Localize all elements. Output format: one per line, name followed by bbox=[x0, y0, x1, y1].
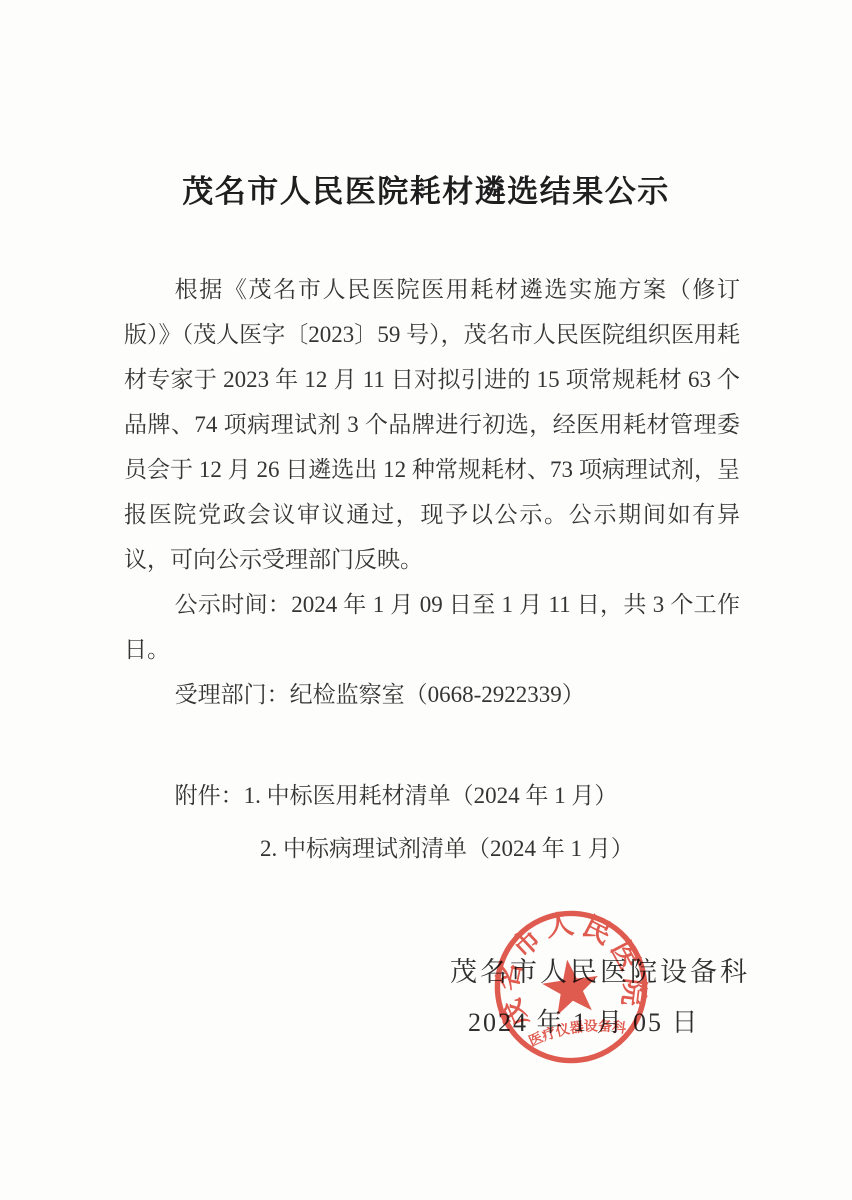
attachments-block: 附件：1. 中标医用耗材清单（2024 年 1 月） 2. 中标病理试剂清单（2… bbox=[124, 769, 740, 875]
signature-date: 2024 年 1 月 05 日 bbox=[468, 1002, 700, 1039]
attachment-item-1: 附件：1. 中标医用耗材清单（2024 年 1 月） bbox=[124, 769, 740, 822]
paragraph-intro: 根据《茂名市人民医院医用耗材遴选实施方案（修订版）》（茂人医字〔2023〕59 … bbox=[124, 267, 740, 582]
document-page: 茂名市人民医院耗材遴选结果公示 根据《茂名市人民医院医用耗材遴选实施方案（修订版… bbox=[0, 0, 852, 1200]
paragraph-public-period: 公示时间：2024 年 1 月 09 日至 1 月 11 日，共 3 个工作日。 bbox=[124, 582, 740, 672]
signature-department: 茂名市人民医院设备科 bbox=[450, 950, 750, 989]
document-title: 茂名市人民医院耗材遴选结果公示 bbox=[0, 0, 852, 211]
document-body: 根据《茂名市人民医院医用耗材遴选实施方案（修订版）》（茂人医字〔2023〕59 … bbox=[124, 267, 740, 875]
paragraph-contact: 受理部门：纪检监察室（0668-2922339） bbox=[124, 672, 740, 717]
attachment-item-2: 2. 中标病理试剂清单（2024 年 1 月） bbox=[260, 822, 740, 875]
